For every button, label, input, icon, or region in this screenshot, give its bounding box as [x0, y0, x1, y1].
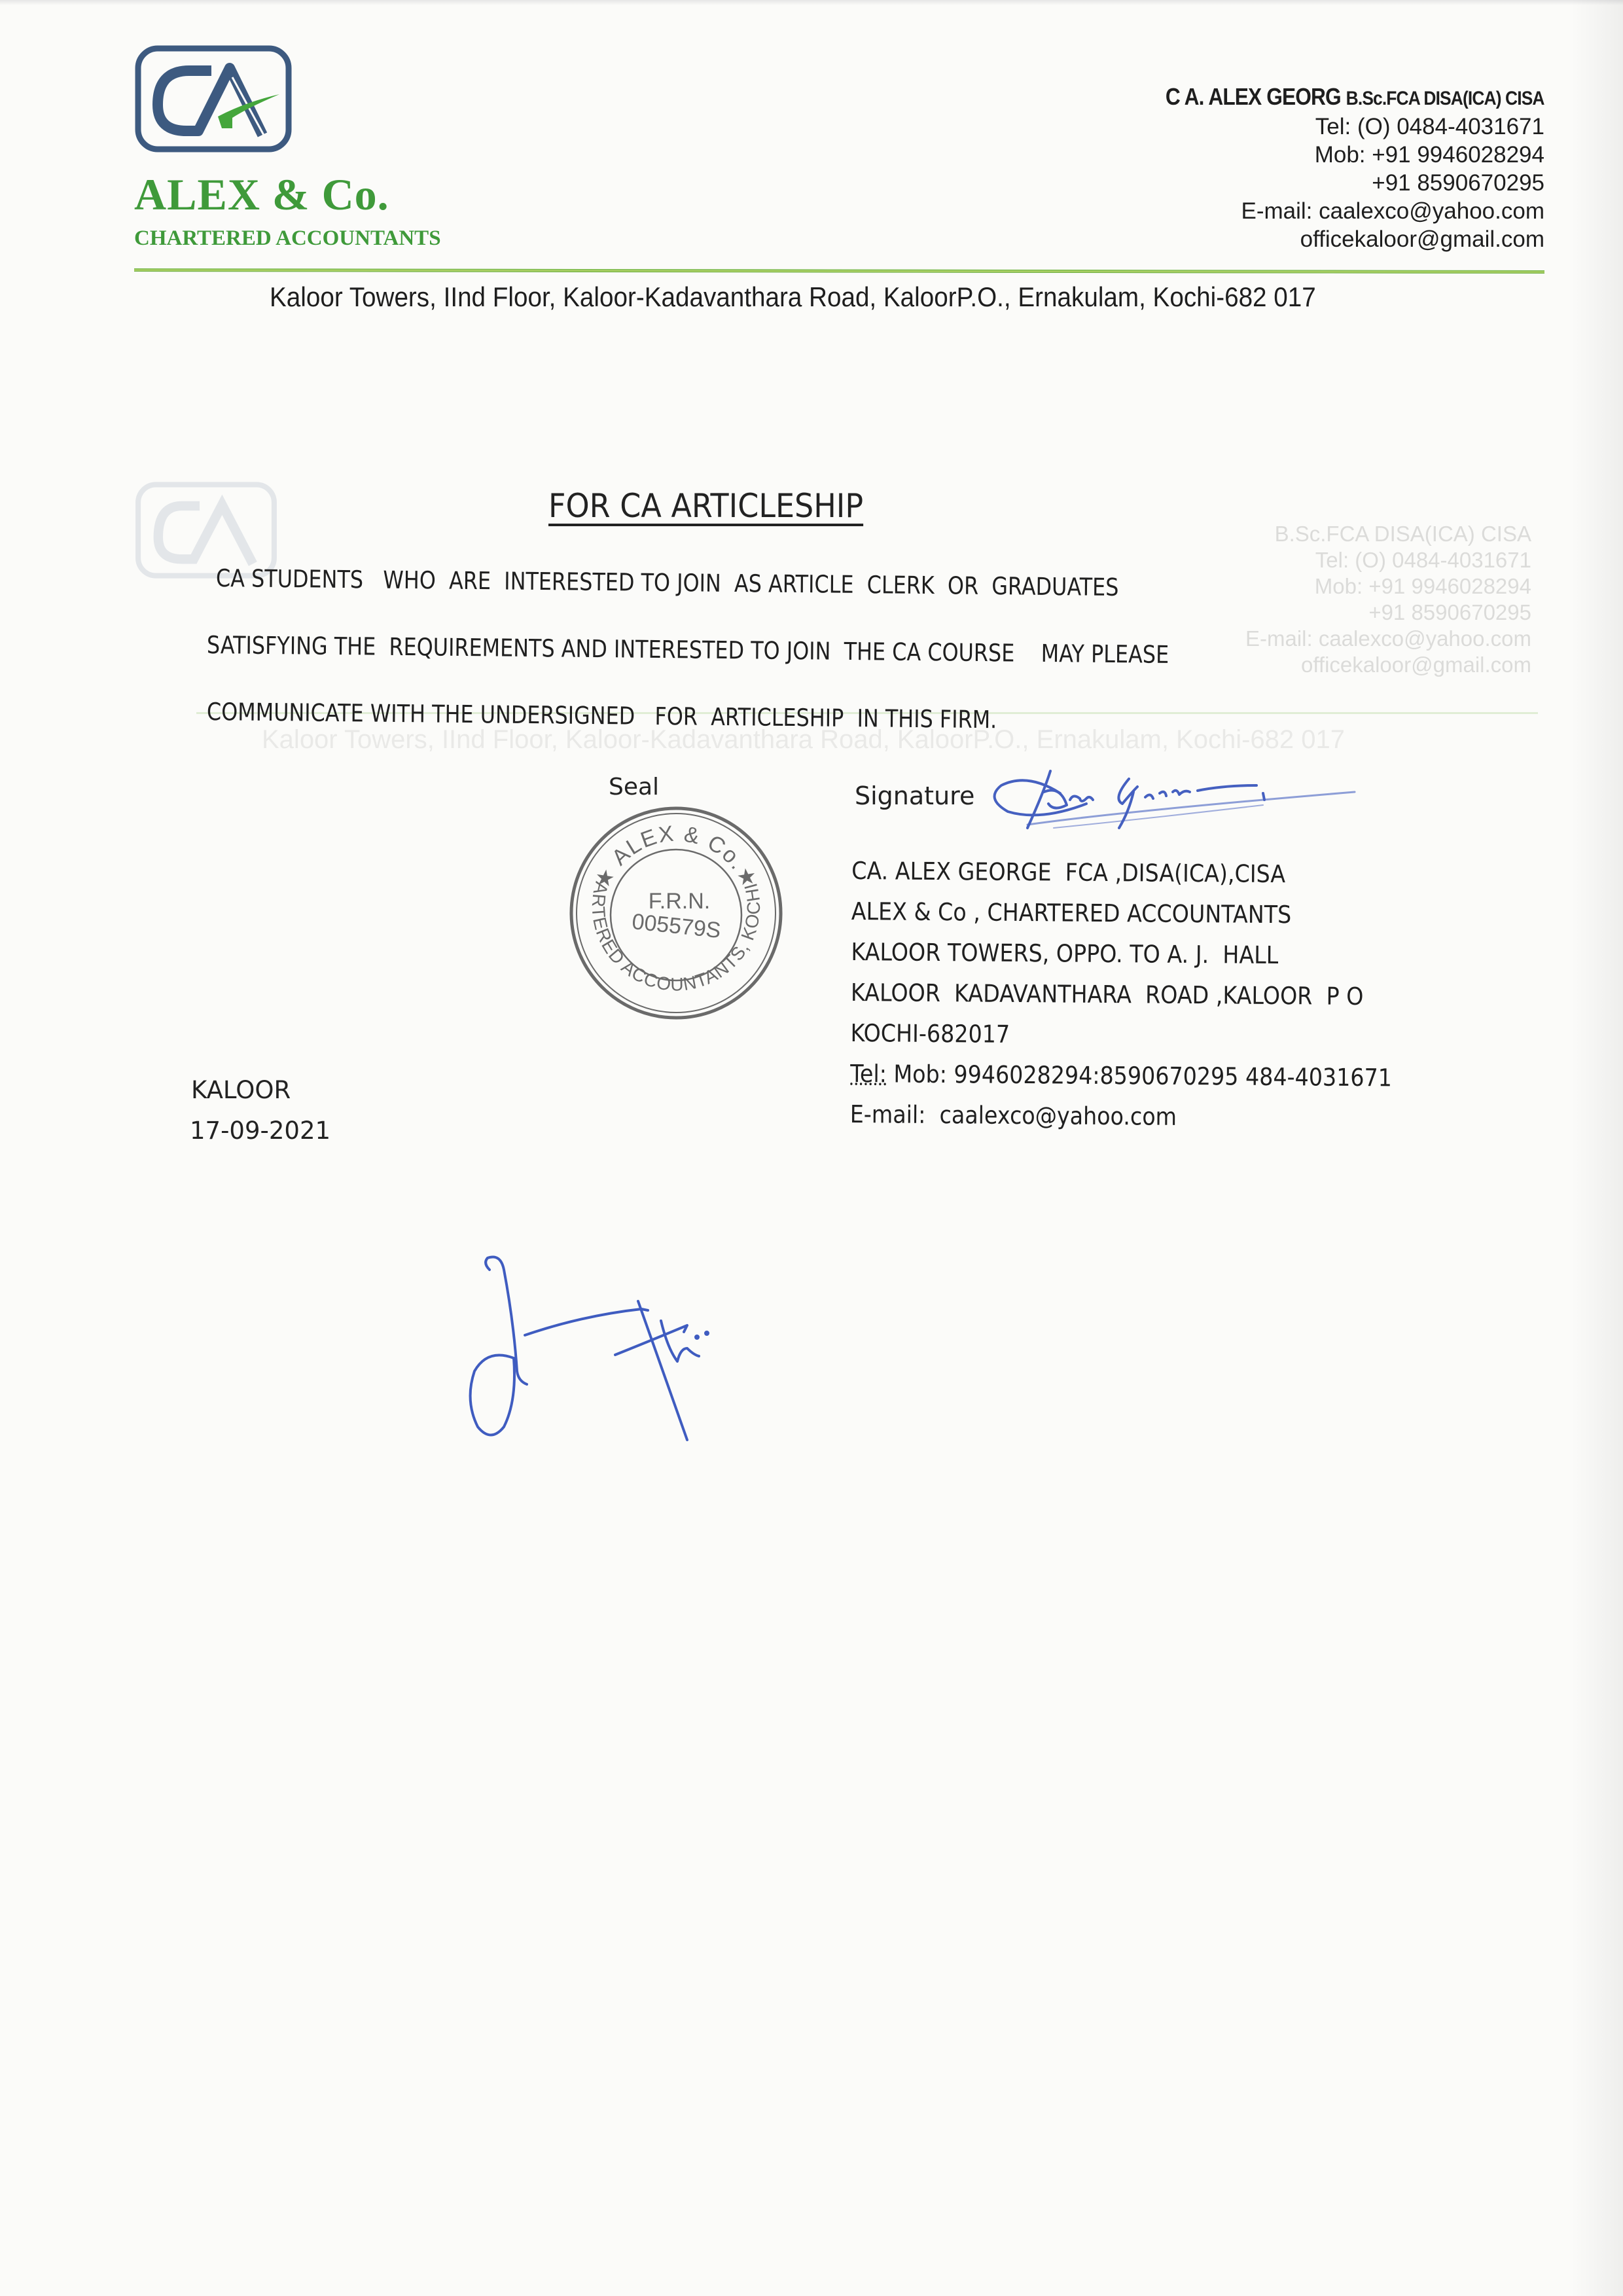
partner-name-line: C A. ALEX GEORG B.Sc.FCA DISA(ICA) CISA — [1166, 82, 1544, 113]
ghost-email1: E-mail: caalexco@yahoo.com — [1245, 626, 1531, 652]
office-phone: Tel: (O) 0484-4031671 — [1114, 113, 1544, 141]
signatory-address-2: KALOOR KADAVANTHARA ROAD ,KALOOR P O — [851, 973, 1393, 1017]
signature-label: Signature — [855, 781, 974, 810]
notice-line-1: CA STUDENTS WHO ARE INTERESTED TO JOIN A… — [216, 564, 1119, 601]
letterhead-divider — [134, 268, 1544, 274]
ghost-quals: B.Sc.FCA DISA(ICA) CISA — [1245, 521, 1531, 547]
signatory-phone-line: Tel: Mob: 9946028294:8590670295 484-4031… — [850, 1054, 1392, 1098]
mobile-phone-1: Mob: +91 9946028294 — [1114, 141, 1544, 169]
scan-top-edge — [0, 0, 1623, 5]
email-2: officekaloor@gmail.com — [1114, 225, 1544, 253]
seal-top-text: ★ ALEX & Co.★ — [589, 821, 762, 893]
notice-line-2: SATISFYING THE REQUIREMENTS AND INTEREST… — [207, 631, 1169, 669]
signatory-block: CA. ALEX GEORGE FCA ,DISA(ICA),CISA ALEX… — [850, 851, 1393, 1139]
place: KALOOR — [191, 1076, 291, 1104]
firm-subtitle: CHARTERED ACCOUNTANTS — [134, 226, 441, 251]
tel-label: Tel: — [850, 1060, 887, 1088]
ghost-tel: Tel: (O) 0484-4031671 — [1245, 547, 1531, 573]
svg-text:★ ALEX & Co.★: ★ ALEX & Co.★ — [589, 821, 762, 893]
signatory-firm: ALEX & Co , CHARTERED ACCOUNTANTS — [851, 891, 1393, 936]
handwritten-signature-1 — [988, 766, 1361, 831]
date: 17-09-2021 — [190, 1117, 330, 1145]
seal-frn-number: 005579S — [631, 909, 722, 943]
tel-value: Mob: 9946028294:8590670295 484-4031671 — [887, 1060, 1392, 1092]
ghost-contact-block: B.Sc.FCA DISA(ICA) CISA Tel: (O) 0484-40… — [1245, 521, 1531, 678]
scan-shadow — [1571, 0, 1623, 2296]
ghost-mob1: Mob: +91 9946028294 — [1245, 573, 1531, 600]
signatory-address-1: KALOOR TOWERS, OPPO. TO A. J. HALL — [851, 932, 1393, 977]
partner-quals: B.Sc.FCA DISA(ICA) CISA — [1346, 88, 1544, 109]
document-title: FOR CA ARTICLESHIP — [548, 487, 863, 525]
signatory-name: CA. ALEX GEORGE FCA ,DISA(ICA),CISA — [851, 851, 1393, 895]
email-1: E-mail: caalexco@yahoo.com — [1114, 197, 1544, 225]
mobile-phone-2: +91 8590670295 — [1114, 169, 1544, 197]
signatory-email: E-mail: caalexco@yahoo.com — [850, 1094, 1392, 1139]
partner-name: C A. ALEX GEORG — [1166, 83, 1341, 110]
firm-name: ALEX & Co. — [134, 169, 389, 221]
ca-logo-icon — [134, 45, 293, 153]
handwritten-signature-2 — [452, 1244, 733, 1446]
firm-seal-stamp: ★ ALEX & Co.★ CHARTERED ACCOUNTANTS, KOC… — [562, 798, 791, 1028]
signatory-address-3: KOCHI-682017 — [850, 1013, 1392, 1058]
letterhead-address: Kaloor Towers, IInd Floor, Kaloor-Kadava… — [270, 281, 1316, 313]
seal-label: Seal — [609, 774, 659, 800]
letterhead-contact-block: C A. ALEX GEORG B.Sc.FCA DISA(ICA) CISA … — [1114, 82, 1544, 253]
ghost-email2: officekaloor@gmail.com — [1245, 652, 1531, 678]
ghost-mob2: +91 8590670295 — [1245, 600, 1531, 626]
seal-frn-label: F.R.N. — [649, 889, 710, 914]
